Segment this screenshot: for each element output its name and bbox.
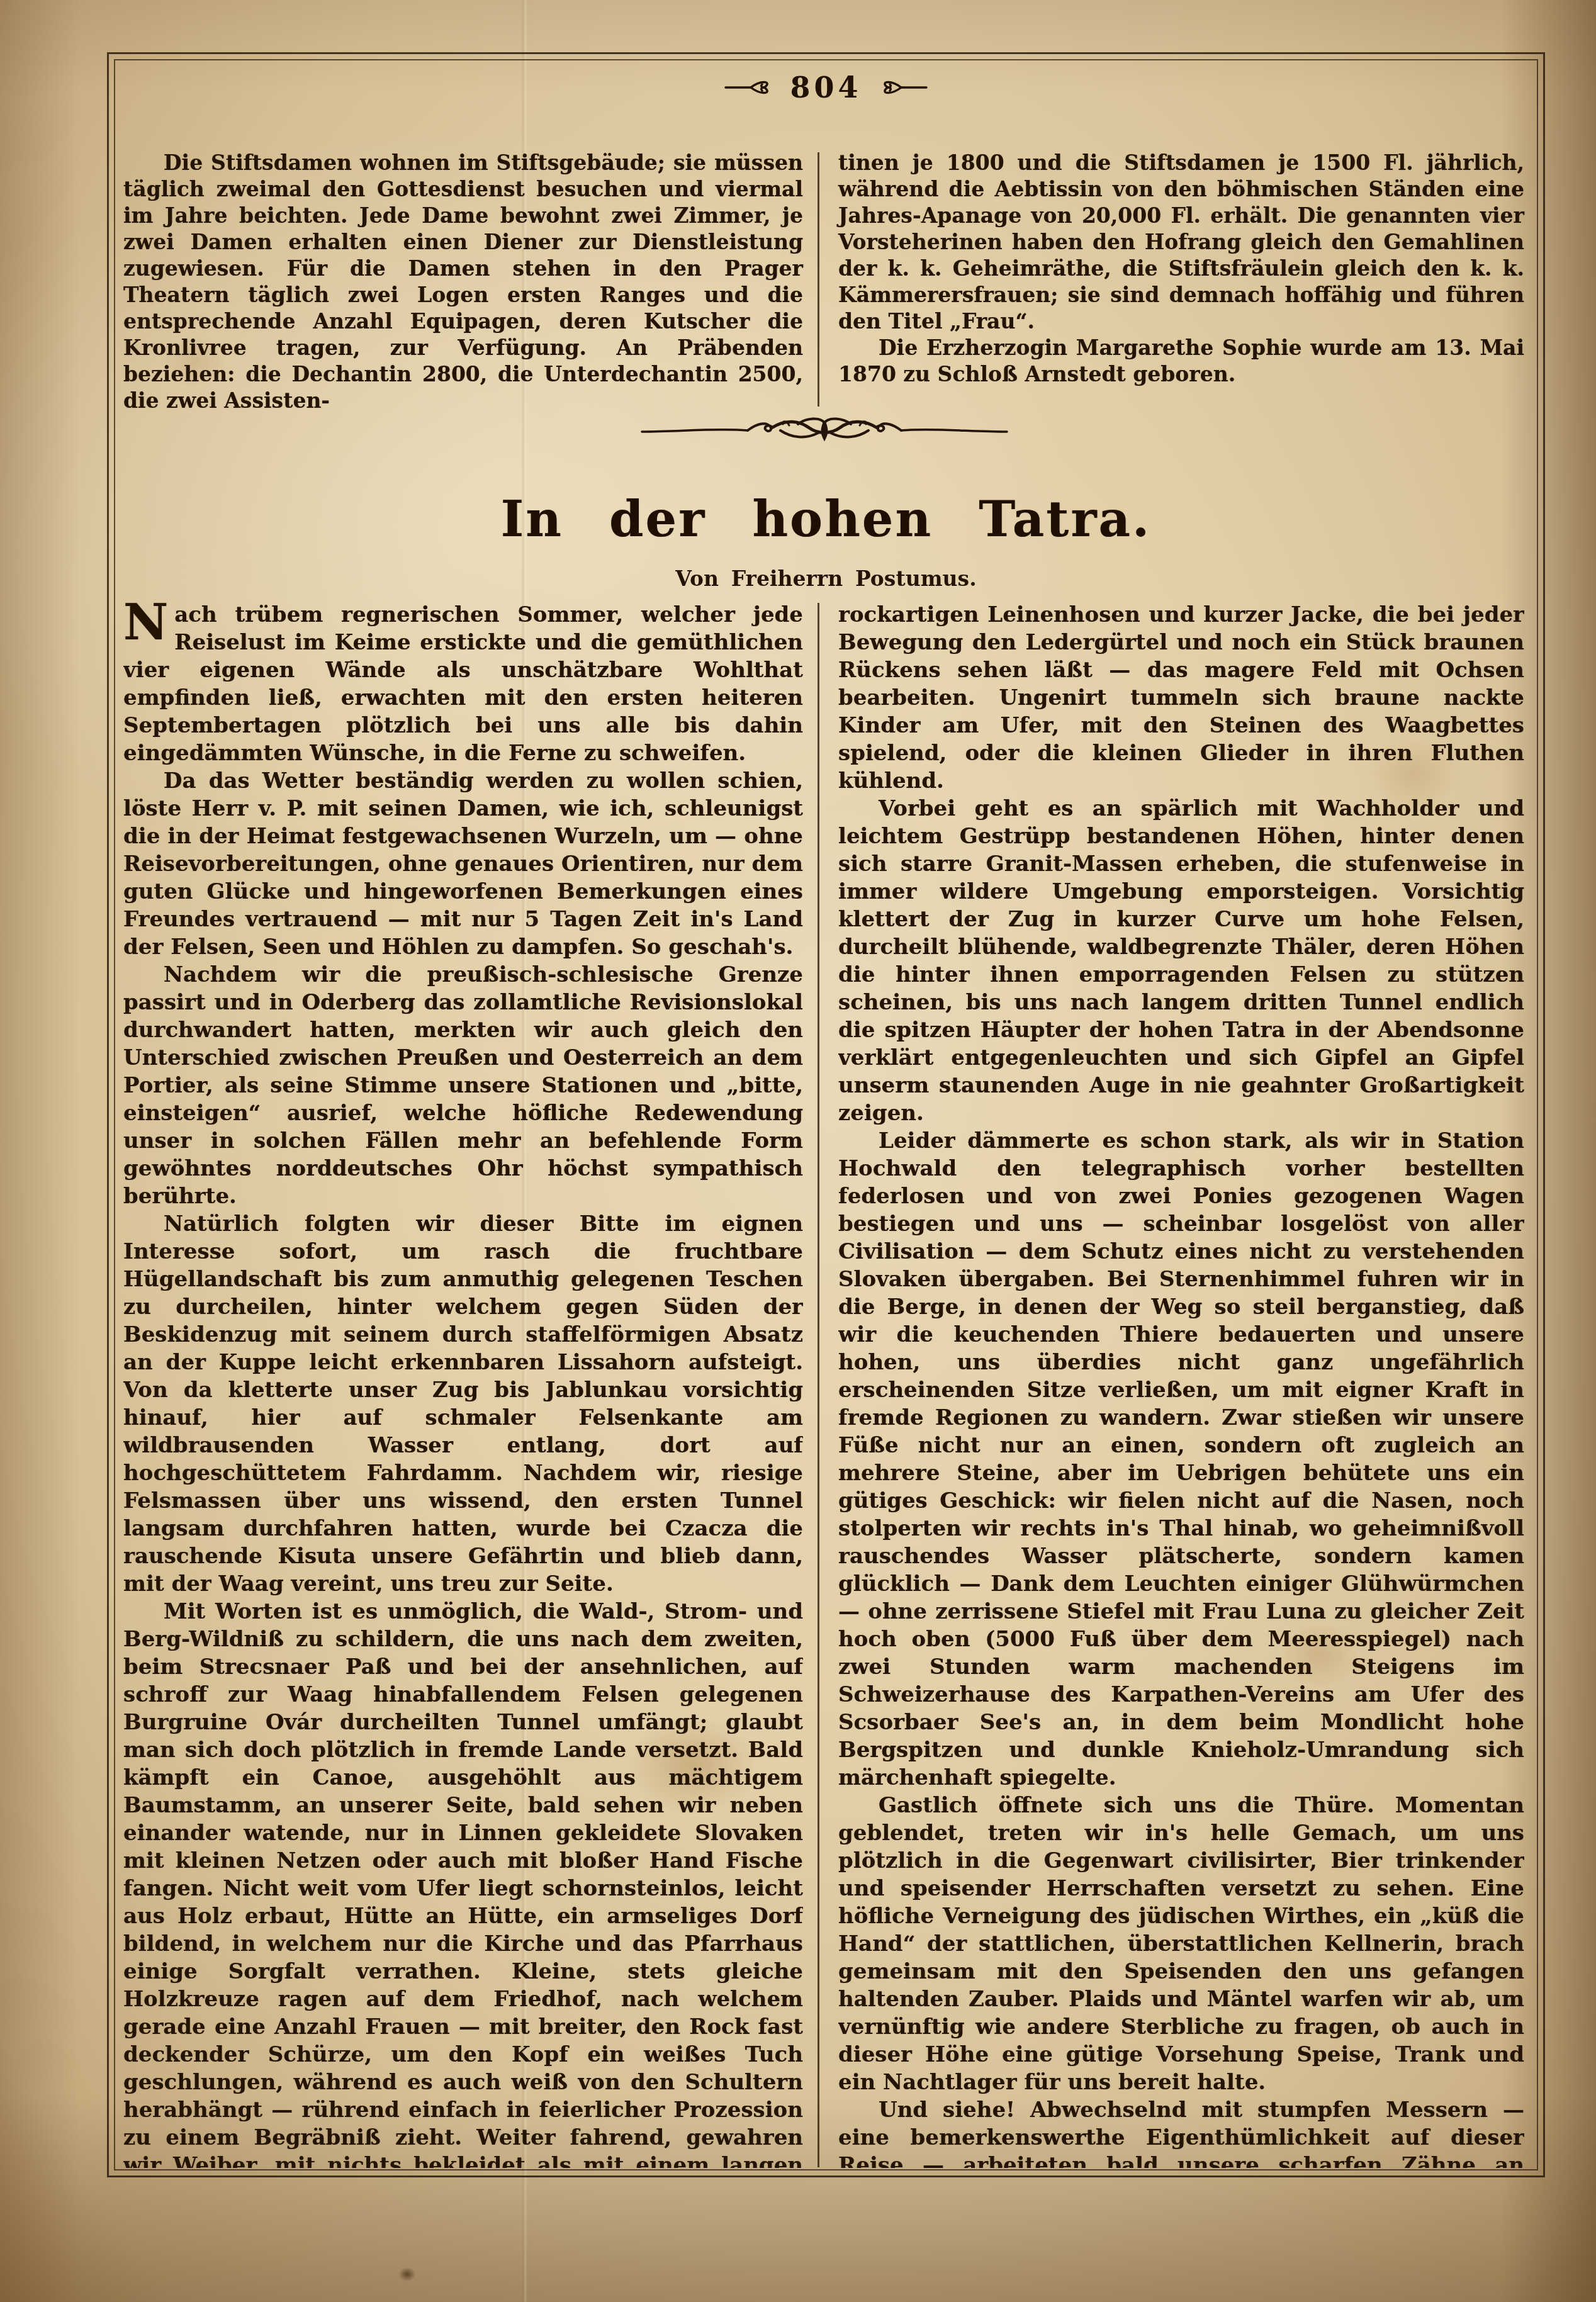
article-left-column: Nach trübem regnerischen Sommer, welcher…	[123, 601, 803, 2168]
article-title: In der hohen Tatra.	[107, 491, 1545, 548]
paragraph: Leider dämmerte es schon stark, als wir …	[838, 1127, 1524, 1792]
column-divider-main	[818, 603, 819, 2167]
paragraph: Natürlich folgten wir dieser Bitte im ei…	[123, 1210, 803, 1598]
paragraph: Die Stiftsdamen wohnen im Stiftsgebäude;…	[123, 150, 803, 414]
paper-stain	[396, 2266, 418, 2283]
drop-cap-initial: N	[123, 601, 174, 643]
paragraph: Die Erzherzogin Margarethe Sophie wurde …	[838, 335, 1524, 388]
header-curl-right-icon	[875, 78, 928, 97]
scanned-newspaper-page: 804 Die Stiftsdamen wohnen im Stiftsgebä…	[0, 0, 1596, 2302]
paragraph: Vorbei geht es an spärlich mit Wachholde…	[838, 795, 1524, 1127]
column-divider-top	[818, 152, 819, 407]
section-flourish-divider-icon	[641, 413, 1008, 448]
paragraph: Und siehe! Abwechselnd mit stumpfen Mess…	[838, 2096, 1524, 2168]
page-number: 804	[790, 70, 862, 104]
paragraph: Mit Worten ist es unmöglich, die Wald-, …	[123, 1598, 803, 2168]
paragraph: Nachdem wir die preußisch-schlesische Gr…	[123, 961, 803, 1210]
paragraph: Nach trübem regnerischen Sommer, welcher…	[123, 601, 803, 767]
page-header: 804	[107, 70, 1545, 104]
article-right-column: rockartigen Leinenhosen und kurzer Jacke…	[838, 601, 1524, 2168]
paragraph: tinen je 1800 und die Stiftsdamen je 150…	[838, 150, 1524, 335]
intro-right-column: tinen je 1800 und die Stiftsdamen je 150…	[838, 150, 1524, 388]
paragraph: rockartigen Leinenhosen und kurzer Jacke…	[838, 601, 1524, 795]
paragraph: Gastlich öffnete sich uns die Thüre. Mom…	[838, 1792, 1524, 2096]
article-byline: Von Freiherrn Postumus.	[107, 566, 1545, 591]
intro-left-column: Die Stiftsdamen wohnen im Stiftsgebäude;…	[123, 150, 803, 414]
paragraph: Da das Wetter beständig werden zu wollen…	[123, 767, 803, 961]
header-curl-left-icon	[724, 78, 777, 97]
